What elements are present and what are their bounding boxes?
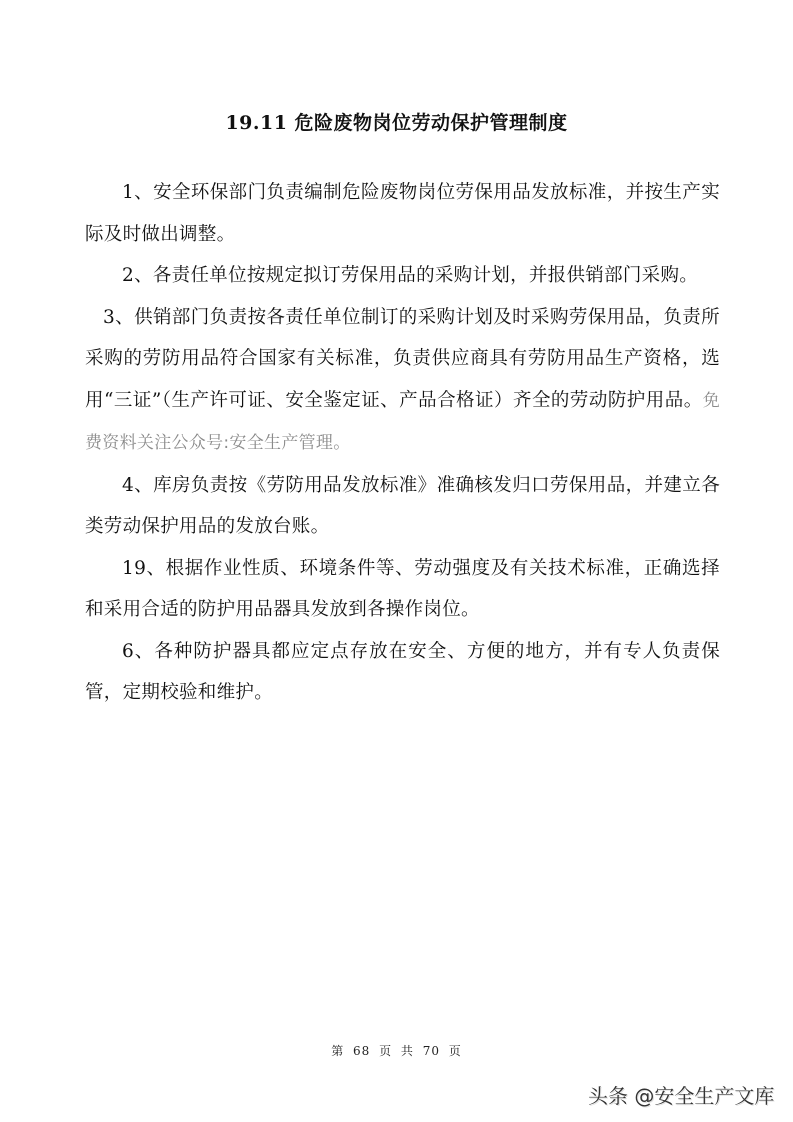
- paragraph-text: 6、各种防护器具都应定点存放在安全、方便的地方，并有专人负责保管，定期校验和维护…: [85, 641, 720, 704]
- paragraph-2: 2、各责任单位按规定拟订劳保用品的采购计划，并报供销部门采购。: [85, 255, 720, 297]
- paragraph-5: 19、根据作业性质、环境条件等、劳动强度及有关技术标准，正确选择和采用合适的防护…: [85, 548, 720, 631]
- paragraph-text: 1、安全环保部门负责编制危险废物岗位劳保用品发放标准，并按生产实际及时做出调整。: [85, 182, 720, 245]
- document-title: 19.11 危险废物岗位劳动保护管理制度: [0, 108, 793, 135]
- paragraph-text: 3、供销部门负责按各责任单位制订的采购计划及时采购劳保用品，负责所采购的劳防用品…: [85, 307, 720, 411]
- paragraph-4: 4、库房负责按《劳防用品发放标准》准确核发归口劳保用品，并建立各类劳动保护用品的…: [85, 465, 720, 548]
- paragraph-6: 6、各种防护器具都应定点存放在安全、方便的地方，并有专人负责保管，定期校验和维护…: [85, 631, 720, 714]
- paragraph-3: 3、供销部门负责按各责任单位制订的采购计划及时采购劳保用品，负责所采购的劳防用品…: [85, 297, 720, 465]
- source-credit: 头条 @安全生产文库: [588, 1080, 774, 1109]
- page-number: 第 68 页 共 70 页: [0, 1042, 793, 1059]
- paragraph-text: 19、根据作业性质、环境条件等、劳动强度及有关技术标准，正确选择和采用合适的防护…: [85, 558, 720, 621]
- paragraph-text: 4、库房负责按《劳防用品发放标准》准确核发归口劳保用品，并建立各类劳动保护用品的…: [85, 475, 720, 538]
- paragraph-text: 2、各责任单位按规定拟订劳保用品的采购计划，并报供销部门采购。: [122, 265, 698, 286]
- document-body: 1、安全环保部门负责编制危险废物岗位劳保用品发放标准，并按生产实际及时做出调整。…: [85, 172, 720, 714]
- paragraph-1: 1、安全环保部门负责编制危险废物岗位劳保用品发放标准，并按生产实际及时做出调整。: [85, 172, 720, 255]
